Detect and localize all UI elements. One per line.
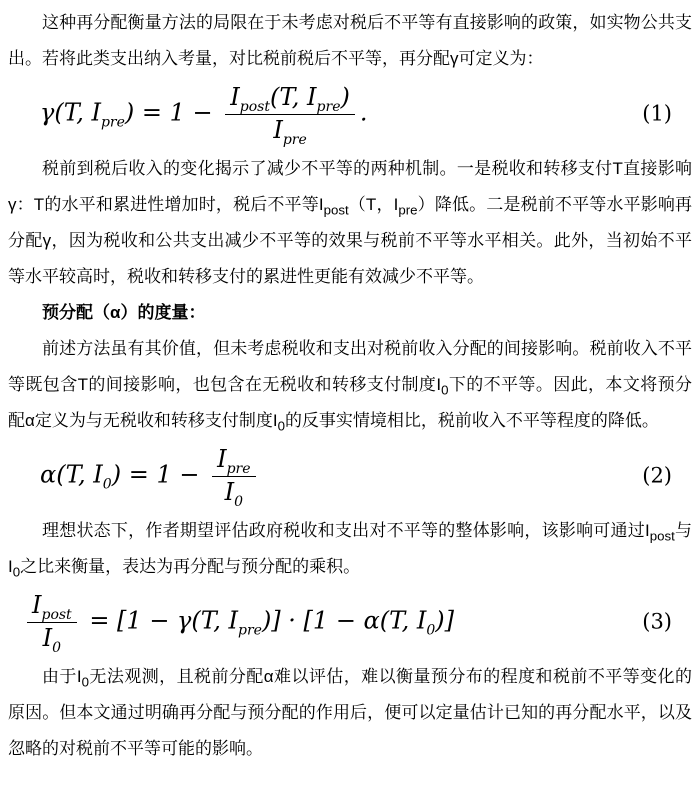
eq1-lhs-sub: pre [101, 114, 125, 130]
eq1-num-var: I [230, 83, 239, 111]
paragraph-3: 前述方法虽有其价值，但未考虑税收和支出对税前收入分配的间接影响。税前收入不平等既… [8, 331, 692, 439]
paragraph-5: 由于I0无法观测，且税前分配α难以评估，难以衡量预分布的程度和税前不平等变化的原… [8, 659, 692, 767]
eq1-numerator: Ipost(T, Ipre) [225, 84, 355, 115]
eq3-mid: = [1 − γ(T, I [82, 607, 238, 635]
eq1-den-var: I [273, 116, 282, 144]
equation-1-number: (1) [642, 104, 672, 125]
paragraph-2: 税前到税后收入的变化揭示了减少不平等的两种机制。一是税收和转移支付T直接影响γ：… [8, 151, 692, 295]
equation-2-body: α(T, I0) = 1 − IpreI0 [40, 446, 261, 506]
equation-3-body: IpostI0 = [1 − γ(T, Ipre)] · [1 − α(T, I… [22, 592, 454, 652]
paragraph-2-text-b: （T，I [349, 195, 399, 214]
eq1-denominator: Ipre [225, 115, 355, 145]
eq2-denominator: I0 [212, 477, 255, 507]
paragraph-1: 这种再分配衡量方法的局限在于未考虑对税后不平等有直接影响的政策，如实物公共支出。… [8, 5, 692, 77]
eq1-num-args-sub: pre [317, 99, 341, 115]
equation-3: IpostI0 = [1 − γ(T, Ipre)] · [1 − α(T, I… [8, 585, 692, 659]
eq3-tail-sub: 0 [426, 622, 435, 638]
eq3-fraction: IpostI0 [27, 592, 77, 652]
eq2-lhs: α(T, I [40, 461, 103, 489]
paragraph-2-sub-post: post [324, 202, 349, 217]
eq3-numerator: Ipost [27, 592, 77, 623]
eq3-close: )] [435, 607, 454, 635]
eq2-lhs-sub: 0 [103, 476, 112, 492]
equation-1: γ(T, Ipre) = 1 − Ipost(T, Ipre)Ipre. (1) [8, 77, 692, 151]
paragraph-4-sub-post: post [650, 528, 675, 543]
paragraph-4-text-a: 理想状态下，作者期望评估政府税收和支出对不平等的整体影响，该影响可通过I [42, 521, 650, 540]
eq1-lhs: γ(T, I [40, 99, 101, 127]
document-page: 这种再分配衡量方法的局限在于未考虑对税后不平等有直接影响的政策，如实物公共支出。… [0, 0, 700, 806]
equation-2-number: (2) [642, 466, 672, 487]
paragraph-5-text-b: 无法观测，且税前分配α难以评估，难以衡量预分布的程度和税前不平等变化的原因。但本… [8, 667, 692, 758]
paragraph-3-text-c: 的反事实情境相比，税前收入不平等程度的降低。 [285, 411, 659, 430]
eq1-period: . [360, 99, 368, 127]
eq3-denominator: I0 [27, 623, 77, 653]
eq2-num-var: I [217, 445, 226, 473]
eq1-num-close: ) [341, 83, 350, 111]
eq2-fraction: IpreI0 [212, 446, 255, 506]
eq1-fraction: Ipost(T, Ipre)Ipre [225, 84, 355, 144]
eq2-den-var: I [225, 478, 234, 506]
eq3-den-var: I [43, 624, 52, 652]
equation-2: α(T, I0) = 1 − IpreI0 (2) [8, 439, 692, 513]
eq1-den-sub: pre [283, 131, 307, 147]
eq3-mid-sub: pre [238, 622, 262, 638]
paragraph-5-sub-zero: 0 [82, 674, 89, 689]
paragraph-1-text: 这种再分配衡量方法的局限在于未考虑对税后不平等有直接影响的政策，如实物公共支出。… [8, 13, 692, 68]
equation-1-body: γ(T, Ipre) = 1 − Ipost(T, Ipre)Ipre. [40, 84, 368, 144]
eq3-num-sub: post [41, 607, 71, 623]
eq2-rhs-lead: ) = 1 − [112, 461, 207, 489]
eq3-den-sub: 0 [52, 639, 61, 655]
paragraph-4: 理想状态下，作者期望评估政府税收和支出对不平等的整体影响，该影响可通过Ipost… [8, 513, 692, 585]
eq1-rhs-lead: ) = 1 − [125, 99, 220, 127]
paragraph-4-text-c: 之比来衡量，表达为再分配与预分配的乘积。 [20, 557, 360, 576]
section-heading: 预分配（α）的度量： [8, 295, 692, 331]
eq3-tail: )] · [1 − α(T, I [262, 607, 426, 635]
paragraph-5-text-a: 由于I [42, 667, 82, 686]
paragraph-3-sub-zero-2: 0 [278, 418, 285, 433]
paragraph-2-sub-pre: pre [398, 202, 417, 217]
eq1-num-sub: post [240, 99, 270, 115]
eq2-numerator: Ipre [212, 446, 255, 477]
eq2-num-sub: pre [227, 461, 251, 477]
eq1-num-args: (T, I [270, 83, 317, 111]
paragraph-4-sub-zero: 0 [13, 564, 20, 579]
equation-3-number: (3) [642, 612, 672, 633]
eq2-den-sub: 0 [234, 493, 243, 509]
